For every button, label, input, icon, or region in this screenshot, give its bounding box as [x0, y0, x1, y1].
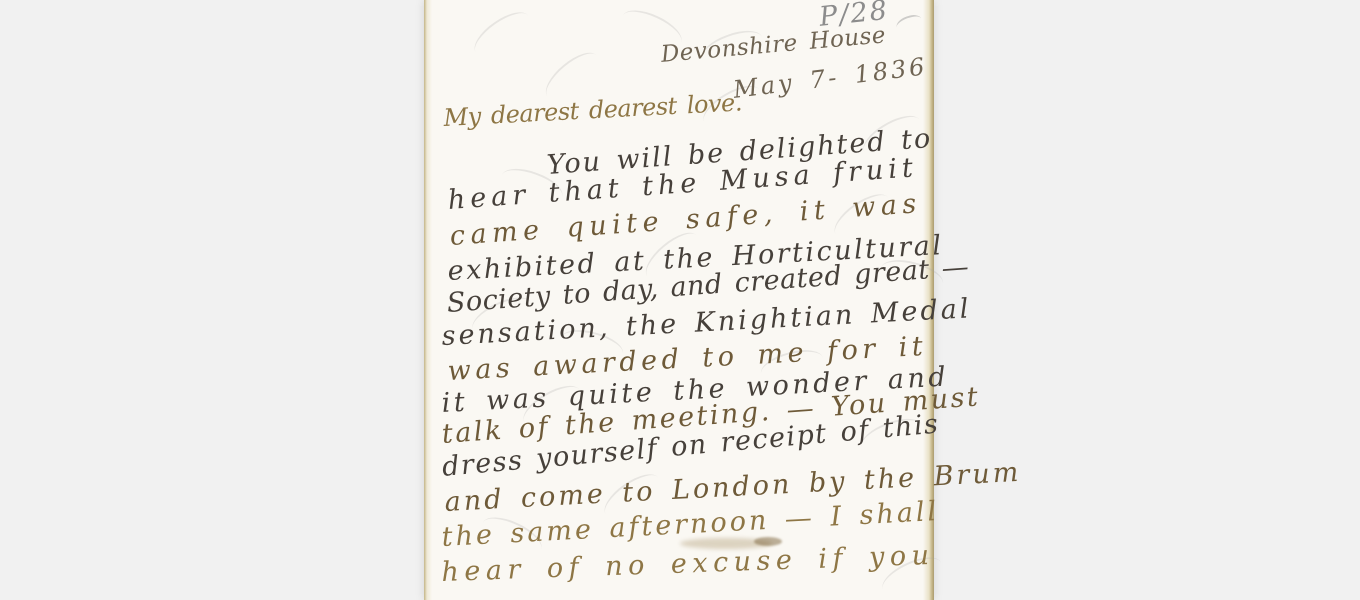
- letter-page: P/28 Devonshire House May 7- 1836 My dea…: [424, 0, 934, 600]
- pencil-mark: [894, 12, 923, 34]
- paper-left-edge: [424, 0, 432, 600]
- letter-date: May 7- 1836: [732, 54, 929, 102]
- letter-salutation: My dearest dearest love.: [443, 90, 742, 130]
- scan-viewer-background: { "colors": { "background": "#f1f1f1", "…: [0, 0, 1360, 600]
- paper-texture-mark: [468, 4, 536, 64]
